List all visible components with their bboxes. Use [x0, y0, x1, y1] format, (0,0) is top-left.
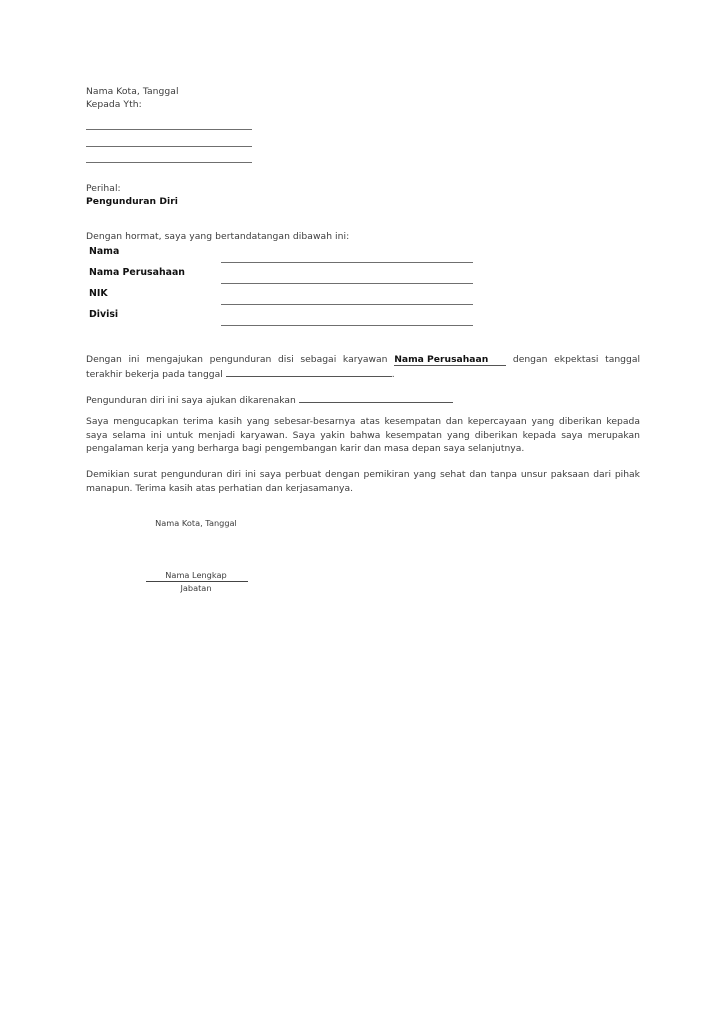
- signature-line[interactable]: [146, 581, 248, 582]
- letter-page: Nama Kota, Tanggal Kepada Yth: Perihal: …: [0, 0, 724, 1024]
- company-name-field[interactable]: Nama Perusahaan: [394, 354, 506, 366]
- recipient-line-3[interactable]: [86, 162, 252, 163]
- reason-field[interactable]: [299, 393, 453, 403]
- greeting: Dengan hormat, saya yang bertandatangan …: [86, 230, 349, 243]
- subject-label: Perihal:: [86, 182, 121, 195]
- signature-place-date: Nama Kota, Tanggal: [146, 518, 246, 528]
- paragraph-closing: Demikian surat pengunduran diri ini saya…: [86, 468, 640, 495]
- paragraph-reason: Pengunduran diri ini saya ajukan dikaren…: [86, 393, 640, 408]
- paragraph-resignation-before: Dengan ini mengajukan pengunduran disi s…: [86, 354, 388, 365]
- paragraph-reason-text: Pengunduran diri ini saya ajukan dikaren…: [86, 395, 296, 406]
- paragraph-resignation: Dengan ini mengajukan pengunduran disi s…: [86, 353, 640, 381]
- field-label-nama-perusahaan: Nama Perusahaan: [89, 267, 185, 278]
- recipient-label: Kepada Yth:: [86, 98, 142, 111]
- field-line-nama[interactable]: [221, 262, 473, 263]
- signature-name: Nama Lengkap: [146, 570, 246, 580]
- field-label-nama: Nama: [89, 246, 119, 257]
- field-line-divisi[interactable]: [221, 325, 473, 326]
- subject: Pengunduran Diri: [86, 195, 178, 208]
- paragraph-thanks: Saya mengucapkan terima kasih yang sebes…: [86, 415, 640, 456]
- signature-title: Jabatan: [146, 583, 246, 593]
- field-label-divisi: Divisi: [89, 309, 118, 320]
- field-label-nik: NIK: [89, 288, 108, 299]
- field-line-nama-perusahaan[interactable]: [221, 283, 473, 284]
- recipient-line-2[interactable]: [86, 146, 252, 147]
- place-date: Nama Kota, Tanggal: [86, 85, 179, 98]
- recipient-line-1[interactable]: [86, 129, 252, 130]
- field-line-nik[interactable]: [221, 304, 473, 305]
- last-day-field[interactable]: [226, 367, 392, 377]
